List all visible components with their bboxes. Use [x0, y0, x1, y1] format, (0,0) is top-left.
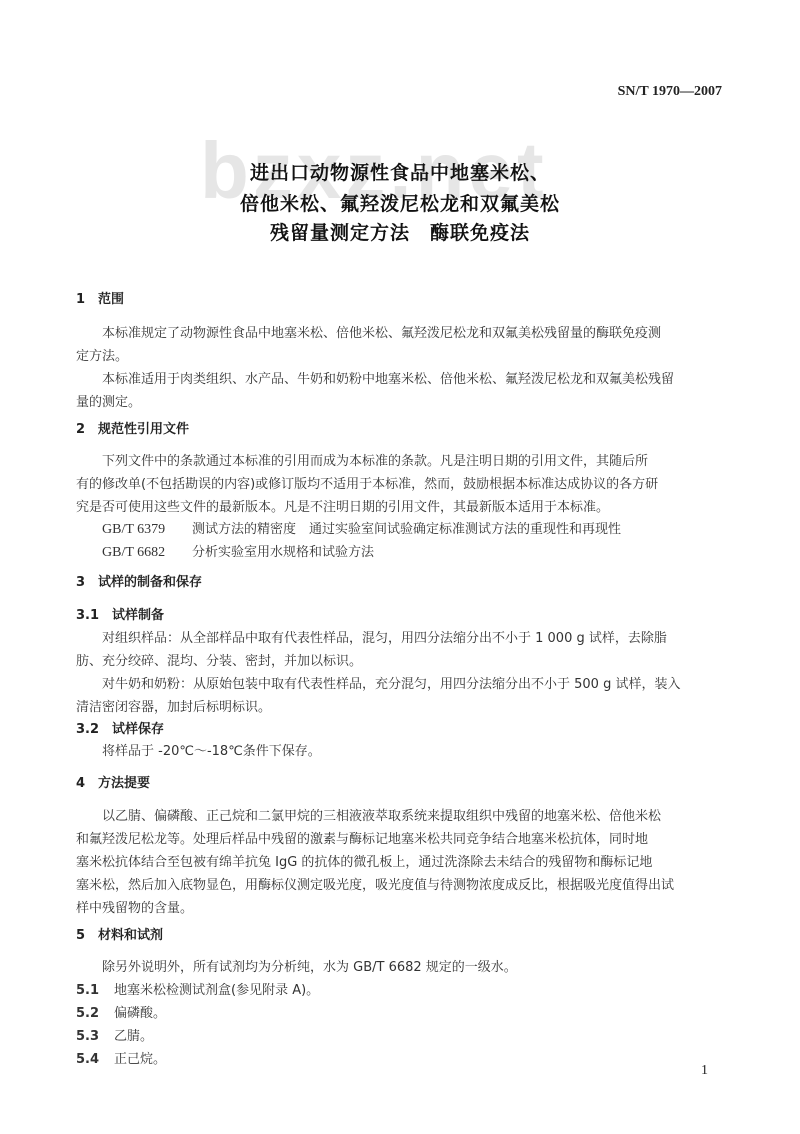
- subsection-number: 3.2: [76, 722, 112, 737]
- paragraph-line: 以乙腈、偏磷酸、正己烷和二氯甲烷的三相液液萃取系统来提取组织中残留的地塞米松、倍…: [102, 805, 661, 824]
- reference-title: 分析实验室用水规格和试验方法: [192, 545, 374, 560]
- document-title-line-3: 残留量测定方法 酶联免疫法: [0, 218, 800, 245]
- paragraph-line: 究是否可使用这些文件的最新版本。凡是不注明日期的引用文件，其最新版本适用于本标准…: [76, 496, 609, 515]
- item-number: 5.2: [76, 1006, 114, 1021]
- standard-code: SN/T 1970—2007: [618, 84, 722, 100]
- paragraph-line: 清洁密闭容器，加封后标明标识。: [76, 696, 271, 715]
- item-number: 5.3: [76, 1029, 114, 1044]
- normative-reference: GB/T 6379测试方法的精密度 通过实验室间试验确定标准测试方法的重现性和再…: [102, 518, 621, 538]
- reference-code: GB/T 6682: [102, 545, 192, 561]
- paragraph-line: 量的测定。: [76, 391, 141, 410]
- paragraph-line: 肪、充分绞碎、混均、分装、密封，并加以标识。: [76, 650, 362, 669]
- section-title: 规范性引用文件: [98, 422, 189, 437]
- item-text: 乙腈。: [114, 1029, 153, 1044]
- subsection-title: 试样保存: [112, 722, 164, 737]
- paragraph-line: 对组织样品：从全部样品中取有代表性样品，混匀，用四分法缩分出不小于 1 000 …: [102, 627, 667, 646]
- item-text: 地塞米松检测试剂盒(参见附录 A)。: [114, 983, 319, 998]
- item-text: 偏磷酸。: [114, 1006, 166, 1021]
- subsection-3-2-heading: 3.2试样保存: [76, 718, 164, 737]
- paragraph-line: 有的修改单(不包括勘误的内容)或修订版均不适用于本标准，然而，鼓励根据本标准达成…: [76, 473, 658, 492]
- item-text: 正己烷。: [114, 1052, 166, 1067]
- document-title-line-1: 进出口动物源性食品中地塞米松、: [0, 158, 800, 185]
- section-title: 材料和试剂: [98, 928, 163, 943]
- reagent-item: 5.2偏磷酸。: [76, 1002, 166, 1021]
- section-2-heading: 2规范性引用文件: [76, 418, 189, 437]
- reagent-item: 5.1地塞米松检测试剂盒(参见附录 A)。: [76, 979, 319, 998]
- section-1-heading: 1范围: [76, 288, 124, 307]
- paragraph-line: 塞米松抗体结合至包被有绵羊抗兔 IgG 的抗体的微孔板上，通过洗涤除去未结合的残…: [76, 851, 652, 870]
- reagent-item: 5.3乙腈。: [76, 1025, 153, 1044]
- item-number: 5.4: [76, 1052, 114, 1067]
- subsection-title: 试样制备: [112, 608, 164, 623]
- subsection-number: 3.1: [76, 608, 112, 623]
- paragraph-line: 对牛奶和奶粉：从原始包装中取有代表性样品，充分混匀，用四分法缩分出不小于 500…: [102, 673, 680, 692]
- section-title: 方法提要: [98, 776, 150, 791]
- section-number: 5: [76, 928, 98, 943]
- section-4-heading: 4方法提要: [76, 772, 150, 791]
- document-title-line-2: 倍他米松、氟羟泼尼松龙和双氟美松: [0, 189, 800, 216]
- paragraph-line: 下列文件中的条款通过本标准的引用而成为本标准的条款。凡是注明日期的引用文件，其随…: [102, 450, 648, 469]
- section-3-heading: 3试样的制备和保存: [76, 571, 202, 590]
- section-title: 试样的制备和保存: [98, 575, 202, 590]
- section-number: 3: [76, 575, 98, 590]
- section-number: 4: [76, 776, 98, 791]
- paragraph-line: 将样品于 -20℃～-18℃条件下保存。: [102, 740, 321, 759]
- page-number: 1: [701, 1063, 708, 1079]
- reagent-item: 5.4正己烷。: [76, 1048, 166, 1067]
- normative-reference: GB/T 6682分析实验室用水规格和试验方法: [102, 541, 374, 561]
- reference-title: 测试方法的精密度 通过实验室间试验确定标准测试方法的重现性和再现性: [192, 522, 621, 537]
- section-number: 2: [76, 422, 98, 437]
- subsection-3-1-heading: 3.1试样制备: [76, 604, 164, 623]
- paragraph-line: 样中残留物的含量。: [76, 897, 193, 916]
- reference-code: GB/T 6379: [102, 522, 192, 538]
- section-number: 1: [76, 292, 98, 307]
- paragraph-line: 本标准适用于肉类组织、水产品、牛奶和奶粉中地塞米松、倍他米松、氟羟泼尼松龙和双氟…: [102, 368, 674, 387]
- paragraph-line: 塞米松，然后加入底物显色，用酶标仪测定吸光度，吸光度值与待测物浓度成反比，根据吸…: [76, 874, 674, 893]
- paragraph-line: 除另外说明外，所有试剂均为分析纯，水为 GB/T 6682 规定的一级水。: [102, 956, 517, 975]
- paragraph-line: 和氟羟泼尼松龙等。处理后样品中残留的激素与酶标记地塞米松共同竞争结合地塞米松抗体…: [76, 828, 648, 847]
- paragraph-line: 定方法。: [76, 345, 128, 364]
- section-title: 范围: [98, 292, 124, 307]
- section-5-heading: 5材料和试剂: [76, 924, 163, 943]
- item-number: 5.1: [76, 983, 114, 998]
- paragraph-line: 本标准规定了动物源性食品中地塞米松、倍他米松、氟羟泼尼松龙和双氟美松残留量的酶联…: [102, 322, 661, 341]
